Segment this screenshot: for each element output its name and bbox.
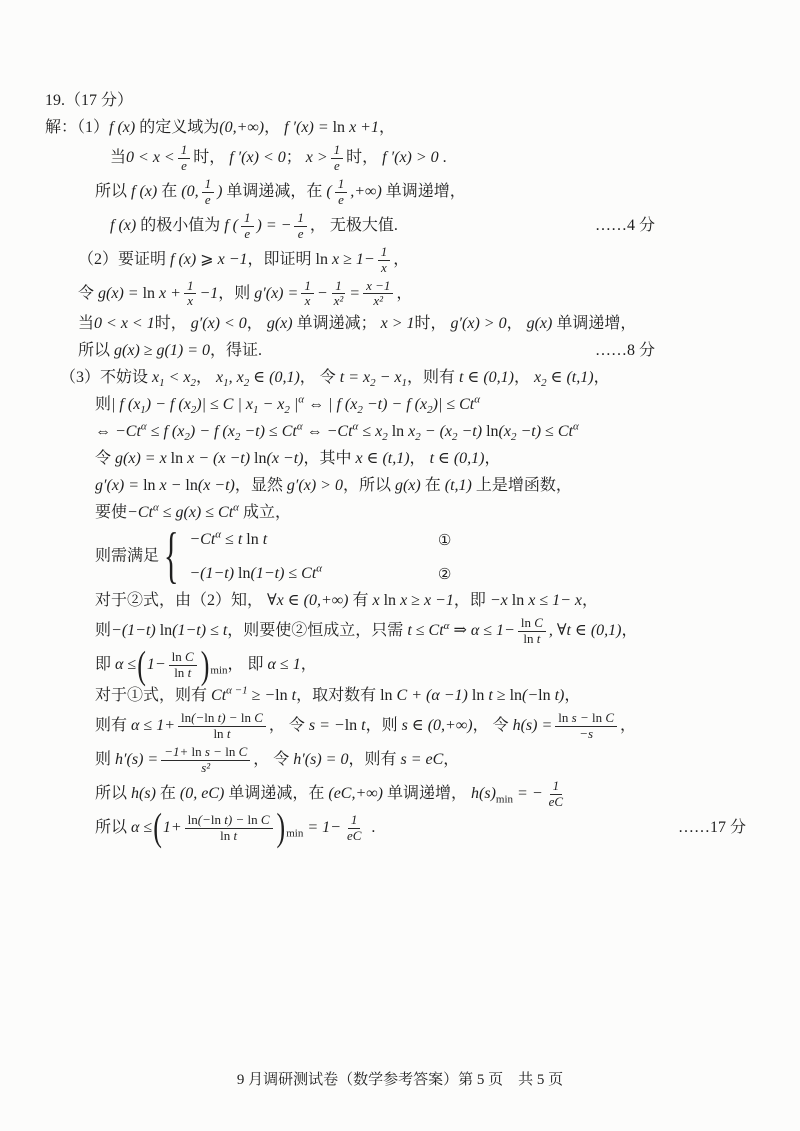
text-run: 对于①式，则有: [95, 687, 211, 704]
numerator: 1: [184, 279, 197, 295]
text-run: 单调递减；: [293, 315, 381, 332]
subscript-label: min: [496, 793, 513, 805]
math-run: −t) ≤ Ct: [240, 423, 296, 440]
fraction: −1+ ln s − ln Cs²: [161, 745, 250, 776]
fraction: 1x: [301, 279, 314, 310]
math-run: s = −ln t: [309, 717, 366, 734]
numerator: −1+ ln s − ln C: [161, 745, 250, 761]
score-marker: ……4 分: [595, 214, 655, 238]
solution-line-12: ⇔ −Ctα ≤ f (x2) − f (x2 −t) ≤ Ctα ⇔ −Ctα…: [0, 420, 800, 444]
solution-content: 19.（17 分）解：（1）f (x) 的定义域为(0,+∞)， f ′(x) …: [0, 0, 800, 844]
solution-line-10: （3）不妨设 x1 < x2， x1, x2 ∈ (0,1)， 令 t = x2…: [0, 366, 800, 390]
math-run: Ct: [211, 687, 226, 704]
numerator: 1: [178, 143, 191, 159]
fraction: 1e: [335, 177, 348, 208]
superscript: α: [316, 563, 322, 575]
math-run: (t,1): [445, 477, 472, 494]
numerator: ln C: [169, 650, 197, 666]
text-run: .: [439, 149, 447, 166]
fraction: 1x: [378, 245, 391, 276]
math-run: g(x) = ln x +: [98, 285, 181, 302]
subscript-label: min: [286, 827, 303, 839]
text-run: ，其中: [303, 450, 355, 467]
text-run: ，: [396, 285, 412, 302]
math-run: ) − f (x: [190, 423, 235, 440]
math-run: h(s): [471, 785, 496, 802]
math-run: −x ln x ≤ 1− x: [490, 592, 582, 609]
text-run: 令: [95, 450, 115, 467]
denominator: ln t: [217, 829, 240, 844]
math-run: g′(x) = ln x − ln(x −t): [95, 477, 235, 494]
text-run: 所以: [95, 819, 131, 836]
text-run: 在: [156, 785, 180, 802]
solution-line-7: 令 g(x) = ln x +1x−1，则 g′(x) =1x−1x²=x −1…: [0, 279, 800, 310]
math-run: g(x) ≥ g(1) = 0: [114, 342, 210, 359]
fraction: x −1x²: [363, 279, 393, 310]
text-run: ，: [620, 717, 636, 734]
fraction: ln(−ln t) − ln Cln t: [185, 813, 273, 844]
text-run: ，: [485, 450, 501, 467]
text-run: ，则: [218, 285, 254, 302]
math-run: | f (x: [111, 396, 140, 413]
solution-line-6: （2）要证明 f (x) ⩾ x −1，即证明 ln x ≥ 1−1x，: [0, 245, 800, 276]
denominator: s²: [198, 761, 213, 776]
fraction: 1e: [178, 143, 191, 174]
text-run: 单调递增，: [382, 183, 466, 200]
denominator: e: [202, 193, 214, 208]
text-run: 时，: [193, 149, 229, 166]
math-run: (eC,+∞): [328, 785, 383, 802]
solution-line-20: 对于①式，则有 Ctα −1 ≥ −ln t，取对数有 ln C + (α −1…: [0, 684, 800, 708]
text-run: ，: [443, 751, 459, 768]
denominator: x²: [331, 294, 347, 309]
text-run: ，得证.: [210, 342, 262, 359]
text-run: 则: [95, 622, 111, 639]
denominator: e: [335, 193, 347, 208]
equation-tag: ①: [438, 528, 451, 552]
math-run: 1−: [147, 656, 166, 673]
text-run: 时，: [346, 149, 382, 166]
text-run: ，则要使②恒成立，只需: [227, 622, 407, 639]
score-marker: ……8 分: [595, 339, 655, 363]
math-run: α ≤ 1+: [131, 717, 175, 734]
numerator: 1: [241, 211, 254, 227]
math-run: f (x) ⩾ x −1: [170, 251, 248, 268]
numerator: ln C: [518, 616, 546, 632]
denominator: x: [184, 294, 196, 309]
math-run: α ≤: [131, 819, 152, 836]
denominator: e: [331, 159, 343, 174]
equation-tag: ②: [438, 562, 451, 586]
math-run: ln x: [388, 423, 416, 440]
text-run: ， 即: [228, 656, 268, 673]
math-run: )| ≤ Ct: [433, 396, 475, 413]
text-run: 要使: [95, 504, 127, 521]
math-run: ) − f (x: [146, 396, 191, 413]
math-run: h′(s) = 0: [293, 751, 348, 768]
text-run: 的定义域为: [135, 119, 219, 136]
denominator: −s: [576, 727, 596, 742]
text-run: 单调递减，在: [224, 785, 328, 802]
math-run: f (x): [110, 217, 136, 234]
math-run: =: [349, 285, 360, 302]
math-run: −Ct: [127, 504, 153, 521]
math-run: ⇒ α ≤ 1−: [449, 622, 514, 639]
numerator: 1: [335, 177, 348, 193]
text-run: ，: [410, 450, 430, 467]
math-run: g(x): [395, 477, 421, 494]
fraction: ln s − ln C−s: [555, 711, 617, 742]
solution-line-18: 则−(1−t) ln(1−t) ≤ t，则要使②恒成立，只需 t ≤ Ctα ⇒…: [0, 616, 800, 647]
math-run: h′(s) =: [115, 751, 158, 768]
math-run: −t) ln(x: [458, 423, 511, 440]
math-run: α ≤: [115, 656, 136, 673]
solution-line-4: 所以 f (x) 在 (0,1e) 单调递减，在 (1e,+∞) 单调递增，: [0, 177, 800, 208]
solution-line-3: 当0 < x <1e时， f ′(x) < 0； x >1e时， f ′(x) …: [0, 143, 800, 174]
text-run: 所以: [95, 785, 131, 802]
math-run: = −: [513, 785, 543, 802]
numerator: 1: [348, 813, 361, 829]
math-run: < x: [165, 369, 191, 386]
text-run: 对于②式，由（2）知，: [95, 592, 267, 609]
text-run: 则: [95, 751, 115, 768]
math-run: 1+: [163, 819, 182, 836]
math-run: f (x): [109, 119, 135, 136]
math-run: f ′(x) = ln x +1: [284, 119, 379, 136]
math-run: ≤ t ln t: [221, 531, 267, 548]
text-run: ，: [514, 369, 534, 386]
math-run: g′(x) > 0: [287, 477, 343, 494]
text-run: ，: [393, 251, 409, 268]
numerator: 1: [331, 143, 344, 159]
solution-line-17: 对于②式，由（2）知， ∀x ∈ (0,+∞) 有 x ln x ≥ x −1，…: [0, 589, 800, 613]
denominator: ln t: [171, 666, 194, 681]
text-run: 令: [78, 285, 98, 302]
math-run: ln C + (α −1) ln t ≥ ln(−ln t): [380, 687, 564, 704]
denominator: e: [295, 227, 307, 242]
math-run: −: [317, 285, 328, 302]
math-run: ∀x ∈ (0,+∞): [267, 592, 348, 609]
math-run: ) = −: [257, 217, 292, 234]
math-run: g′(x) =: [254, 285, 298, 302]
text-run: ， 令: [269, 717, 309, 734]
fraction: 1e: [331, 143, 344, 174]
text-run: 则有: [95, 717, 131, 734]
solution-line-13: 令 g(x) = x ln x − (x −t) ln(x −t)，其中 x ∈…: [0, 447, 800, 471]
math-run: t = x: [340, 369, 370, 386]
text-run: 有: [348, 592, 372, 609]
math-run: ∈ (0,1): [249, 369, 300, 386]
math-run: x >: [306, 149, 328, 166]
text-run: 所以: [95, 183, 131, 200]
text-run: ，: [196, 369, 216, 386]
denominator: ln t: [210, 727, 233, 742]
math-run: t ∈ (0,1): [459, 369, 514, 386]
math-run: (0,+∞): [219, 119, 264, 136]
text-run: 则: [95, 396, 111, 413]
text-run: 时，: [415, 315, 451, 332]
text-run: ，显然: [235, 477, 287, 494]
text-run: ；: [286, 149, 306, 166]
text-run: ，: [507, 315, 527, 332]
math-run: − (x: [421, 423, 452, 440]
solution-line-5: f (x) 的极小值为 f (1e) = −1e， 无极大值.……4 分: [0, 211, 800, 242]
math-run: s ∈ (0,+∞): [402, 717, 473, 734]
solution-line-1: 19.（17 分）: [0, 89, 800, 113]
math-run: t ≤ Ct: [407, 622, 443, 639]
math-run: g′(x) > 0: [451, 315, 507, 332]
text-run: .: [367, 819, 375, 836]
fraction: ln Cln t: [169, 650, 197, 681]
text-run: ，所以: [343, 477, 395, 494]
math-run: t ∈ (0,1): [430, 450, 485, 467]
math-run: α ≤ 1: [268, 656, 301, 673]
solution-line-15: 要使−Ctα ≤ g(x) ≤ Ctα 成立，: [0, 501, 800, 525]
page-footer: 9 月调研测试卷（数学参考答案）第 5 页 共 5 页: [0, 1068, 800, 1089]
math-run: = 1−: [303, 819, 341, 836]
solution-line-11: 则| f (x1) − f (x2)| ≤ C | x1 − x2 |α ⇔ |…: [0, 393, 800, 417]
math-run: ≤ g(x) ≤ Ct: [159, 504, 233, 521]
math-run: ∈ (t,1): [547, 369, 594, 386]
text-run: （3）不妨设: [60, 369, 152, 386]
text-run: 成立，: [239, 504, 291, 521]
fraction: 1eC: [344, 813, 364, 844]
denominator: e: [178, 159, 190, 174]
text-run: ，则有: [348, 751, 400, 768]
denominator: x: [302, 294, 314, 309]
math-run: g(x) = x ln x − (x −t) ln(x −t): [115, 450, 303, 467]
text-run: ，: [594, 369, 610, 386]
solution-line-21: 则有 α ≤ 1+ln(−ln t) − ln Cln t， 令 s = −ln…: [0, 711, 800, 742]
numerator: ln(−ln t) − ln C: [178, 711, 266, 727]
numerator: 1: [550, 779, 563, 795]
math-run: ln x ≥ 1−: [316, 251, 375, 268]
text-run: 19.（17 分）: [45, 92, 133, 109]
denominator: e: [241, 227, 253, 242]
math-run: (0, eC): [180, 785, 224, 802]
fraction: 1e: [294, 211, 307, 242]
superscript: α: [474, 394, 480, 406]
text-run: ， 令: [473, 717, 513, 734]
text-run: 在: [421, 477, 445, 494]
math-run: −(1−t) ln(1−t) ≤ Ct: [189, 565, 316, 582]
text-run: 当: [78, 315, 94, 332]
solution-line-14: g′(x) = ln x − ln(x −t)，显然 g′(x) > 0，所以 …: [0, 474, 800, 498]
fraction: 1eC: [546, 779, 566, 810]
solution-line-19: 即 α ≤(1−ln Cln t)min， 即 α ≤ 1，: [0, 650, 800, 681]
denominator: x: [378, 261, 390, 276]
math-run: )| ≤ C | x: [196, 396, 253, 413]
superscript: α: [573, 421, 579, 433]
text-run: ，即证明: [248, 251, 316, 268]
denominator: x²: [370, 294, 386, 309]
equation-system: {−Ctα ≤ t ln t①−(1−t) ln(1−t) ≤ Ctα②: [163, 528, 451, 586]
numerator: 1: [301, 279, 314, 295]
big-paren-close: ): [201, 646, 210, 685]
denominator: eC: [344, 829, 364, 844]
math-run: ⇔ −Ct: [303, 423, 353, 440]
text-run: ，则: [366, 717, 402, 734]
solution-line-16: 则需满足{−Ctα ≤ t ln t①−(1−t) ln(1−t) ≤ Ctα②: [0, 528, 800, 586]
math-run: , x: [229, 369, 244, 386]
text-run: ，: [564, 687, 580, 704]
numerator: x −1: [363, 279, 393, 295]
math-run: ⇔ −Ct: [95, 423, 141, 440]
fraction: 1x²: [331, 279, 347, 310]
math-run: −t) − f (x: [363, 396, 427, 413]
math-run: x ln x ≥ x −1: [373, 592, 454, 609]
fraction: 1e: [241, 211, 254, 242]
numerator: 1: [294, 211, 307, 227]
superscript: α −1: [226, 685, 247, 697]
solution-line-2: 解：（1）f (x) 的定义域为(0,+∞)， f ′(x) = ln x +1…: [0, 116, 800, 140]
math-run: x ∈ (t,1): [356, 450, 410, 467]
math-run: 0 < x <: [126, 149, 175, 166]
math-run: f ′(x) > 0: [382, 149, 439, 166]
solution-line-23: 所以 h(s) 在 (0, eC) 单调递减，在 (eC,+∞) 单调递增， h…: [0, 779, 800, 810]
numerator: 1: [332, 279, 345, 295]
math-run: h(s) =: [513, 717, 553, 734]
fraction: 1e: [202, 177, 215, 208]
numerator: 1: [202, 177, 215, 193]
text-run: ，取对数有: [296, 687, 380, 704]
math-run: ,+∞): [350, 183, 382, 200]
text-run: 解：（1）: [45, 119, 109, 136]
big-paren-open: (: [153, 809, 162, 848]
text-run: （2）要证明: [78, 251, 170, 268]
denominator: ln t: [520, 632, 543, 647]
solution-line-24: 所以 α ≤(1+ln(−ln t) − ln Cln t)min = 1−1e…: [0, 813, 800, 844]
math-run: f (: [224, 217, 238, 234]
text-run: ， 无极大值.: [310, 217, 398, 234]
system-row: −(1−t) ln(1−t) ≤ Ctα②: [189, 562, 451, 586]
text-run: 所以: [78, 342, 114, 359]
text-run: 单调递增，: [552, 315, 636, 332]
system-row: −Ctα ≤ t ln t①: [189, 528, 451, 552]
text-run: 当: [110, 149, 126, 166]
left-brace: {: [164, 530, 179, 586]
text-run: 即: [95, 656, 115, 673]
math-run: − x: [376, 369, 402, 386]
text-run: 上是增函数，: [472, 477, 572, 494]
denominator: eC: [546, 795, 566, 810]
math-run: (0,: [181, 183, 198, 200]
text-run: ， 令: [300, 369, 340, 386]
score-marker: ……17 分: [678, 816, 746, 840]
text-run: ，: [264, 119, 284, 136]
text-run: 则需满足: [95, 548, 159, 565]
fraction: ln(−ln t) − ln Cln t: [178, 711, 266, 742]
solution-line-8: 当0 < x < 1时， g′(x) < 0， g(x) 单调递减； x > 1…: [0, 312, 800, 336]
text-run: ，即: [454, 592, 490, 609]
text-run: ，: [379, 119, 395, 136]
math-run: − x: [258, 396, 284, 413]
fraction: 1x: [184, 279, 197, 310]
document-page: 19.（17 分）解：（1）f (x) 的定义域为(0,+∞)， f ′(x) …: [0, 0, 800, 1131]
math-run: f (x): [131, 183, 157, 200]
text-run: 时，: [155, 315, 191, 332]
math-run: g(x): [267, 315, 293, 332]
math-run: (: [326, 183, 331, 200]
math-run: h(s): [131, 785, 156, 802]
math-run: ≤ x: [358, 423, 382, 440]
math-run: ≥ −ln t: [248, 687, 296, 704]
big-paren-open: (: [137, 646, 146, 685]
big-paren-close: ): [277, 809, 286, 848]
math-run: −t) ≤ Ct: [516, 423, 572, 440]
fraction: ln Cln t: [518, 616, 546, 647]
numerator: 1: [378, 245, 391, 261]
solution-line-22: 则 h′(s) =−1+ ln s − ln Cs²， 令 h′(s) = 0，…: [0, 745, 800, 776]
text-run: ，: [247, 315, 267, 332]
math-run: g(x): [527, 315, 553, 332]
math-run: −Ct: [189, 531, 215, 548]
math-run: ⇔ | f (x: [304, 396, 357, 413]
math-run: −1: [199, 285, 218, 302]
text-run: ， 令: [253, 751, 293, 768]
text-run: 单调递减，在: [222, 183, 326, 200]
math-run: ≤ f (x: [147, 423, 185, 440]
text-run: 的极小值为: [136, 217, 224, 234]
subscript-label: min: [210, 665, 227, 677]
math-run: 0 < x < 1: [94, 315, 155, 332]
text-run: 单调递增，: [383, 785, 471, 802]
math-run: −(1−t) ln(1−t) ≤ t: [111, 622, 227, 639]
numerator: ln(−ln t) − ln C: [185, 813, 273, 829]
text-run: ，则有: [407, 369, 459, 386]
math-run: g′(x) < 0: [191, 315, 247, 332]
text-run: 在: [157, 183, 181, 200]
solution-line-9: 所以 g(x) ≥ g(1) = 0，得证.……8 分: [0, 339, 800, 363]
math-run: , ∀t ∈ (0,1): [549, 622, 622, 639]
numerator: ln s − ln C: [555, 711, 617, 727]
text-run: ，: [621, 622, 637, 639]
text-run: ，: [301, 656, 317, 673]
math-run: f ′(x) < 0: [229, 149, 286, 166]
text-run: ，: [582, 592, 598, 609]
math-run: x > 1: [381, 315, 415, 332]
math-run: s = eC: [400, 751, 443, 768]
